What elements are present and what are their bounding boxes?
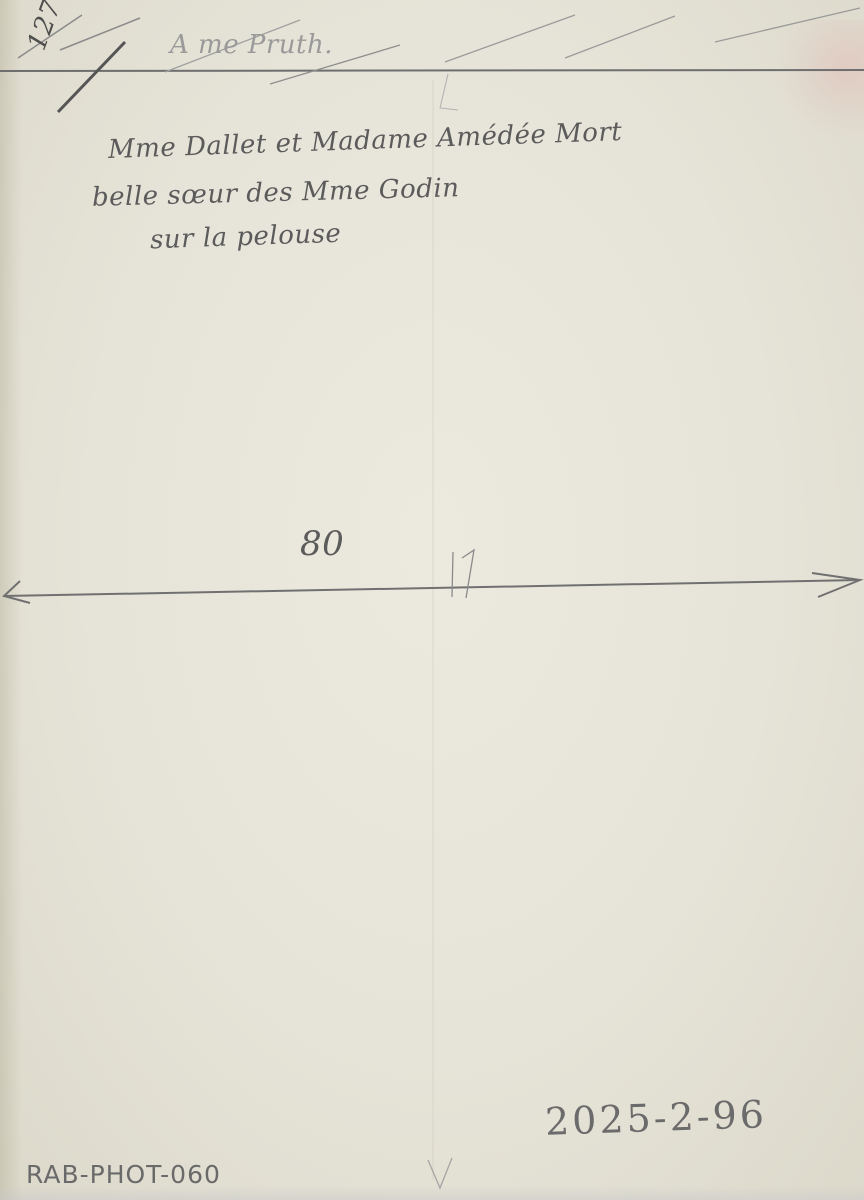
strike-diagonal-6 bbox=[445, 15, 575, 62]
strike-diagonal-3 bbox=[58, 42, 125, 112]
strike-diagonal-2 bbox=[60, 18, 140, 50]
reference-code: RAB-PHOT-060 bbox=[26, 1160, 221, 1189]
small-triangle-mark bbox=[440, 74, 458, 110]
measurement-label: 80 bbox=[300, 524, 344, 564]
arrow-left-head bbox=[4, 581, 30, 603]
tick-mark-1 bbox=[452, 552, 453, 597]
accession-number: 2025-2-96 bbox=[544, 1092, 767, 1144]
strike-diagonal-7 bbox=[565, 16, 675, 58]
check-mark bbox=[428, 1158, 452, 1188]
tick-mark-7 bbox=[462, 550, 474, 598]
strike-diagonal-8 bbox=[715, 8, 860, 42]
struck-name: A me Pruth. bbox=[170, 30, 333, 60]
measurement-line bbox=[4, 580, 860, 596]
top-rule bbox=[0, 70, 864, 71]
arrow-right-head bbox=[812, 573, 860, 597]
